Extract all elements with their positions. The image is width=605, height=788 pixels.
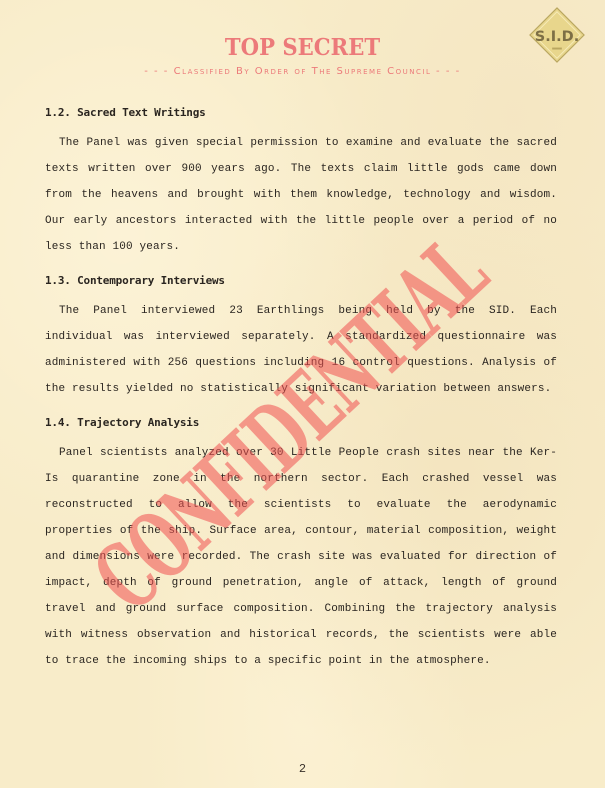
classification-title: TOP SECRET — [24, 33, 581, 63]
section-heading: 1.4. Trajectory Analysis — [45, 414, 557, 432]
section-trajectory-analysis: 1.4. Trajectory Analysis Panel scientist… — [45, 414, 557, 674]
page-number: 2 — [0, 762, 605, 776]
section-heading: 1.3. Contemporary Interviews — [45, 272, 557, 290]
classification-subtitle: - - - Classified By Order of The Supreme… — [0, 65, 605, 79]
section-paragraph: The Panel was given special permission t… — [45, 130, 557, 260]
section-heading: 1.2. Sacred Text Writings — [45, 104, 557, 122]
section-sacred-text-writings: 1.2. Sacred Text Writings The Panel was … — [45, 104, 557, 260]
document-body: 1.2. Sacred Text Writings The Panel was … — [45, 104, 557, 686]
classification-header: TOP SECRET - - - Classified By Order of … — [0, 33, 605, 79]
section-contemporary-interviews: 1.3. Contemporary Interviews The Panel i… — [45, 272, 557, 402]
section-paragraph: Panel scientists analyzed over 30 Little… — [45, 440, 557, 674]
document-page: S.I.D. TOP SECRET - - - Classified By Or… — [0, 0, 605, 788]
section-paragraph: The Panel interviewed 23 Earthlings bein… — [45, 298, 557, 402]
